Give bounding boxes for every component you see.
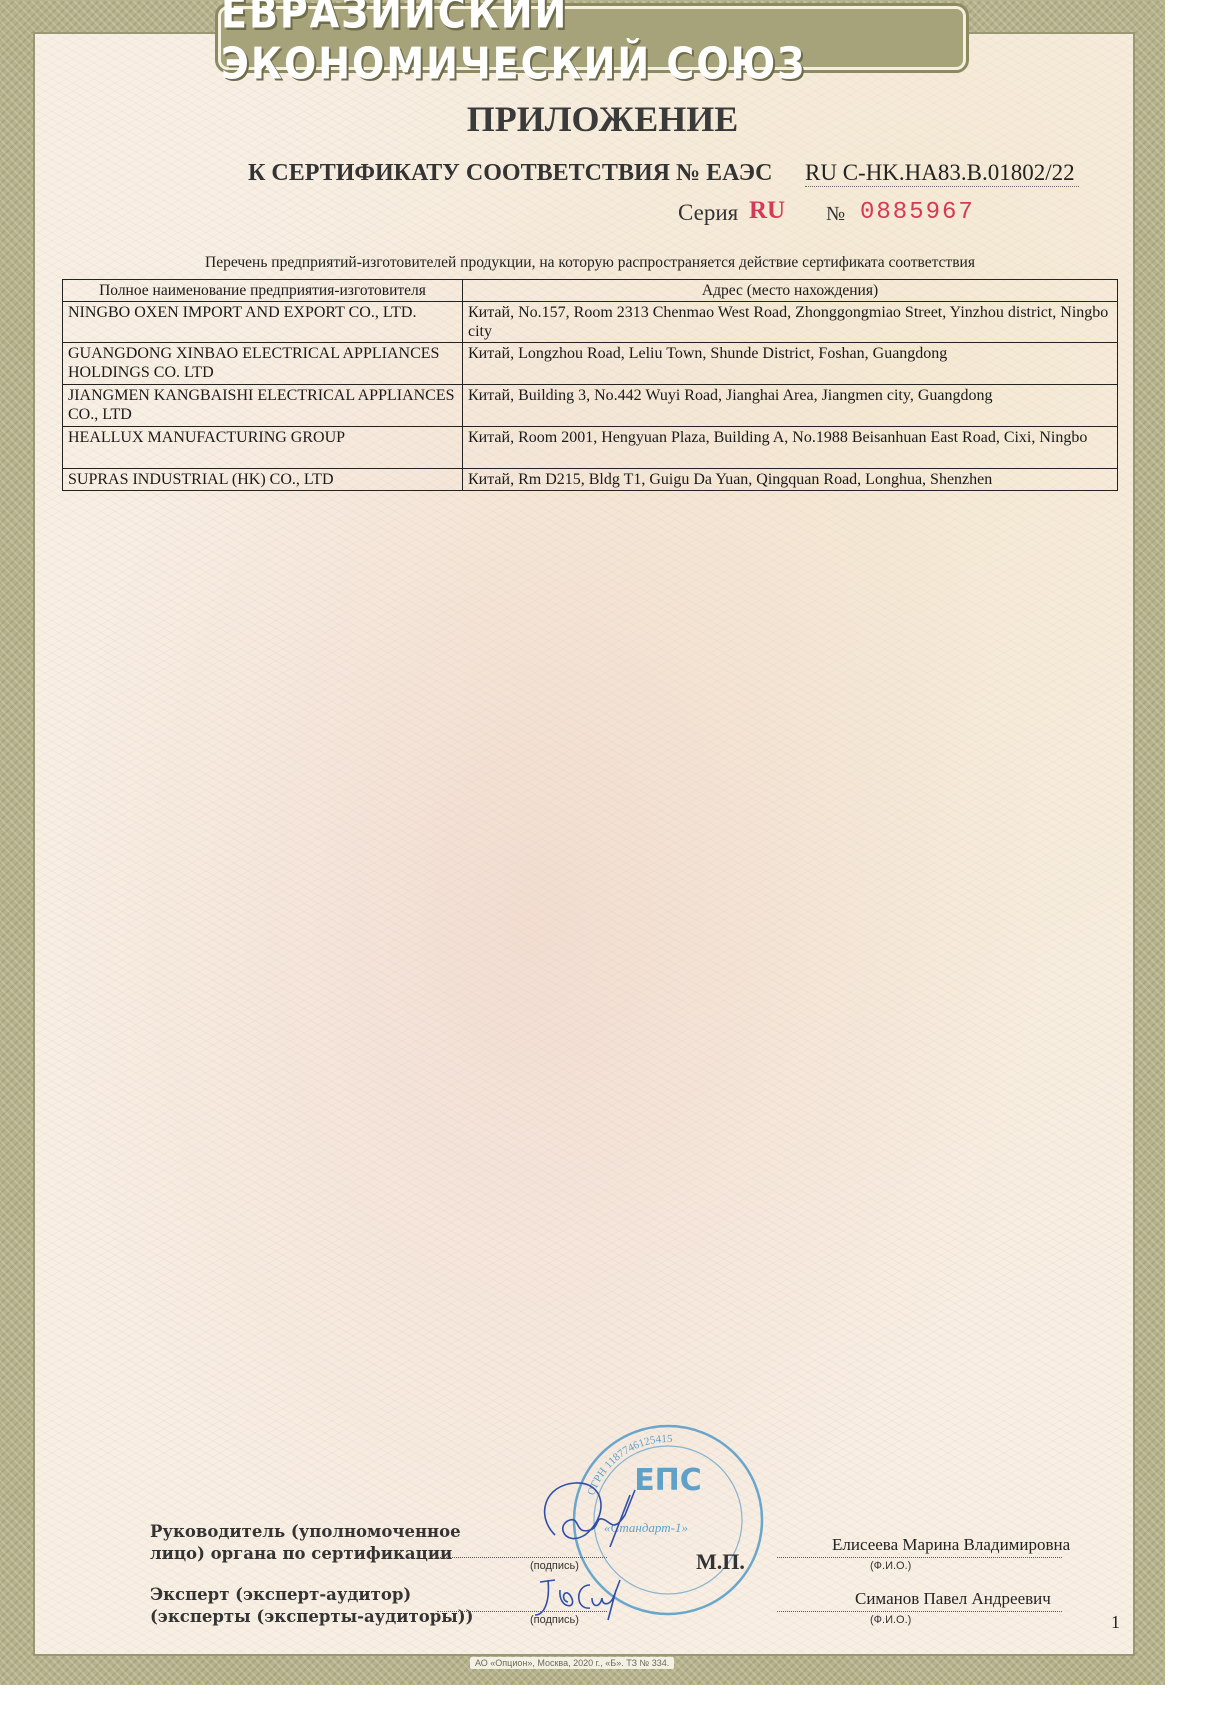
head-fio-caption: (Ф.И.О.): [870, 1560, 911, 1572]
manufacturers-table: Полное наименование предприятия-изготови…: [62, 279, 1118, 491]
column-header-address: Адрес (место нахождения): [463, 280, 1118, 302]
manufacturer-name: SUPRAS INDUSTRIAL (HK) CO., LTD: [63, 469, 463, 491]
union-banner-text: ЕВРАЗИЙСКИЙ ЭКОНОМИЧЕСКИЙ СОЮЗ: [221, 0, 963, 89]
page-title: ПРИЛОЖЕНИЕ: [0, 98, 1205, 140]
expert-signature-caption: (подпись): [530, 1614, 579, 1626]
manufacturer-name: GUANGDONG XINBAO ELECTRICAL APPLIANCES H…: [63, 343, 463, 385]
series-value: RU: [749, 197, 785, 225]
head-signature: [535, 1475, 645, 1555]
manufacturer-address: Китай, Building 3, No.442 Wuyi Road, Jia…: [463, 385, 1118, 427]
seal-mark: М.П.: [696, 1549, 745, 1575]
series-label: Серия: [678, 200, 738, 226]
manufacturers-caption: Перечень предприятий-изготовителей проду…: [0, 254, 1180, 272]
manufacturer-address: Китай, Rm D215, Bldg T1, Guigu Da Yuan, …: [463, 469, 1118, 491]
manufacturer-name: JIANGMEN KANGBAISHI ELECTRICAL APPLIANCE…: [63, 385, 463, 427]
head-fio-line: [777, 1557, 1062, 1558]
manufacturer-address: Китай, Room 2001, Hengyuan Plaza, Buildi…: [463, 427, 1118, 469]
manufacturer-name: NINGBO OXEN IMPORT AND EXPORT CO., LTD.: [63, 302, 463, 343]
head-name: Елисеева Марина Владимировна: [832, 1535, 1070, 1555]
expert-label: Эксперт (эксперт-аудитор) (эксперты (экс…: [150, 1584, 473, 1628]
number-label: №: [826, 203, 845, 226]
page-number: 1: [1111, 1612, 1120, 1633]
table-row: JIANGMEN KANGBAISHI ELECTRICAL APPLIANCE…: [63, 385, 1118, 427]
table-row: SUPRAS INDUSTRIAL (HK) CO., LTD Китай, R…: [63, 469, 1118, 491]
expert-fio-line: [777, 1611, 1062, 1612]
head-signature-line: [437, 1557, 607, 1558]
manufacturer-address: Китай, Longzhou Road, Leliu Town, Shunde…: [463, 343, 1118, 385]
expert-fio-caption: (Ф.И.О.): [870, 1614, 911, 1626]
expert-signature-line: [437, 1611, 607, 1612]
manufacturer-name: HEALLUX MANUFACTURING GROUP: [63, 427, 463, 469]
table-row: NINGBO OXEN IMPORT AND EXPORT CO., LTD. …: [63, 302, 1118, 343]
certificate-subtitle: К СЕРТИФИКАТУ СООТВЕТСТВИЯ № ЕАЭС: [248, 160, 772, 187]
table-header-row: Полное наименование предприятия-изготови…: [63, 280, 1118, 302]
table-row: HEALLUX MANUFACTURING GROUP Китай, Room …: [63, 427, 1118, 469]
union-banner: ЕВРАЗИЙСКИЙ ЭКОНОМИЧЕСКИЙ СОЮЗ: [218, 6, 966, 70]
head-signature-caption: (подпись): [530, 1560, 579, 1572]
table-row: GUANGDONG XINBAO ELECTRICAL APPLIANCES H…: [63, 343, 1118, 385]
certificate-number: RU C-HK.HA83.B.01802/22: [805, 160, 1079, 187]
expert-name: Симанов Павел Андреевич: [855, 1589, 1051, 1609]
column-header-name: Полное наименование предприятия-изготови…: [63, 280, 463, 302]
head-label: Руководитель (уполномоченное лицо) орган…: [150, 1521, 461, 1565]
blank-serial-number: 0885967: [860, 199, 975, 226]
manufacturer-address: Китай, No.157, Room 2313 Chenmao West Ro…: [463, 302, 1118, 343]
printer-imprint: АО «Опцион», Москва, 2020 г., «Б». ТЗ № …: [470, 1657, 674, 1669]
paper-area: [33, 32, 1135, 1656]
